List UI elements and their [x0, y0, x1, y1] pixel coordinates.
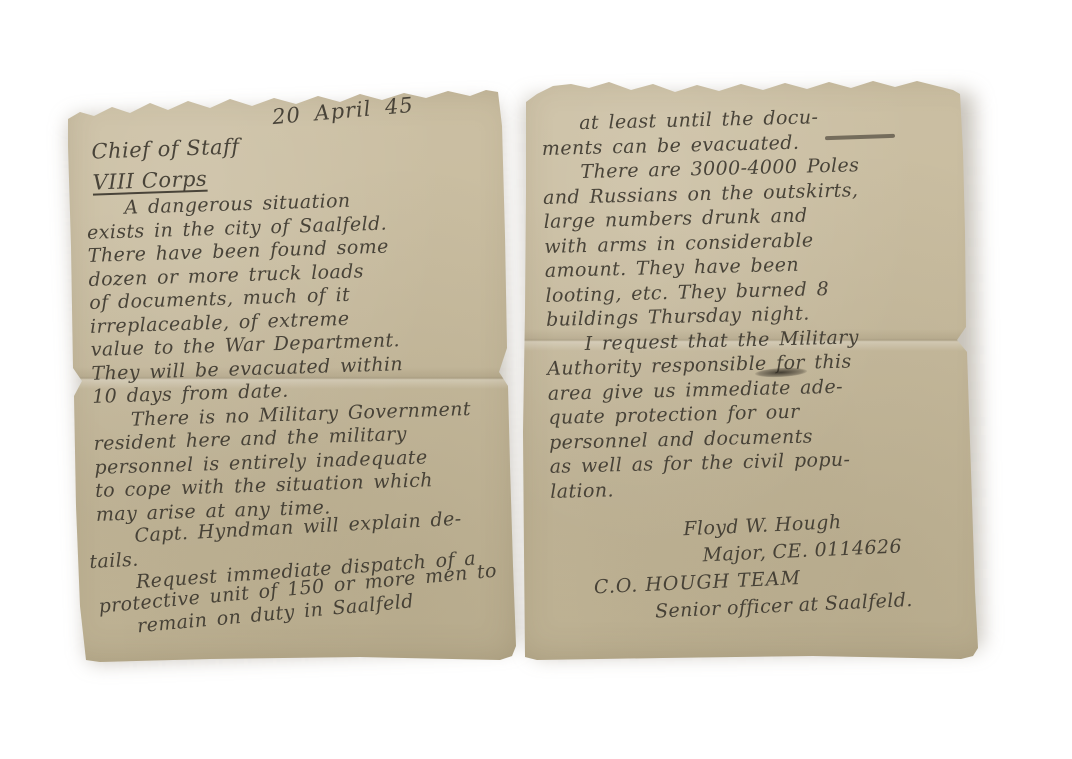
left-page: 20 April 45 Chief of Staff VIII Corps A … — [60, 86, 520, 664]
photograph-of-letter: 20 April 45 Chief of Staff VIII Corps A … — [0, 0, 1072, 759]
left-page-body: A dangerous situation exists in the city… — [86, 185, 520, 644]
right-page-body: at least until the docu- ments can be ev… — [541, 101, 980, 503]
right-page: at least until the docu- ments can be ev… — [513, 72, 997, 662]
date-line: 20 April 45 — [271, 93, 414, 129]
header-line-chief-of-staff: Chief of Staff — [91, 131, 240, 167]
address-header: Chief of Staff VIII Corps — [91, 131, 241, 198]
signature-block: Floyd W. Hough Major, CE. 0114626 C.O. H… — [513, 503, 987, 632]
